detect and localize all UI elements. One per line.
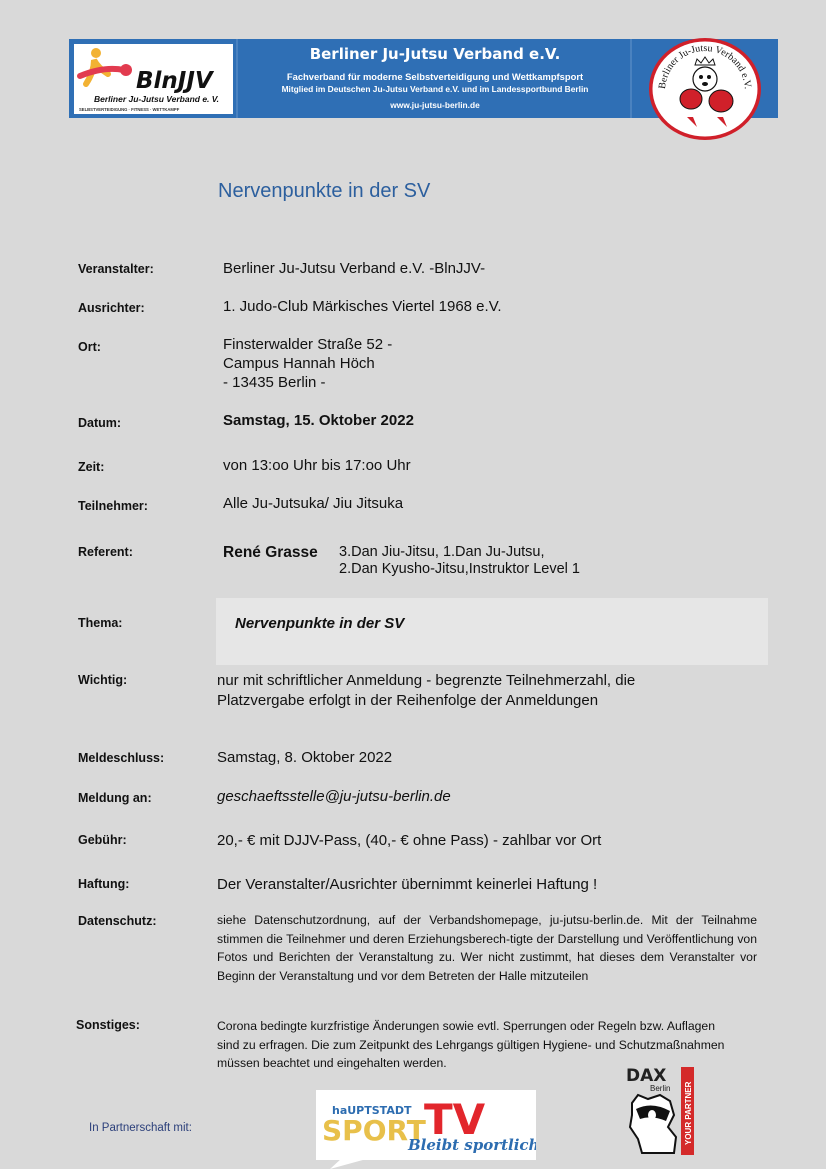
header-divider [630,39,632,118]
label-datenschutz: Datenschutz: [78,914,156,928]
referent-name: René Grasse [223,543,318,562]
bear-badge-logo: Berliner Ju-Jutsu Verband e.V. [647,37,763,141]
label-veranstalter: Veranstalter: [78,262,154,276]
label-wichtig: Wichtig: [78,673,127,687]
value-gebuehr: 20,- € mit DJJV-Pass, (40,- € ohne Pass)… [217,831,601,851]
wichtig-line: Platzvergabe erfolgt in der Reihenfolge … [217,691,635,711]
svg-text:DAX: DAX [626,1066,666,1086]
header-membership: Mitglied im Deutschen Ju-Jutsu Verband e… [240,84,630,94]
header-subtitle: Fachverband für moderne Selbstverteidigu… [240,71,630,82]
svg-text:BlnJJV: BlnJJV [136,68,215,94]
value-teilnehmer: Alle Ju-Jutsuka/ Jiu Jitsuka [223,494,403,513]
referent-line: 2.Dan Kyusho-Jitsu,Instruktor Level 1 [339,561,580,578]
blnjjv-logo: BlnJJV Berliner Ju-Jutsu Verband e. V. S… [74,44,233,114]
header-divider [236,39,238,118]
value-veranstalter: Berliner Ju-Jutsu Verband e.V. -BlnJJV- [223,259,485,278]
label-teilnehmer: Teilnehmer: [78,499,148,513]
header-website-link[interactable]: www.ju-jutsu-berlin.de [240,100,630,110]
page-title: Nervenpunkte in der SV [218,180,430,203]
label-sonstiges: Sonstiges: [76,1018,140,1032]
label-meldeschluss: Meldeschluss: [78,751,164,765]
label-thema: Thema: [78,616,122,630]
email-link[interactable]: geschaeftsstelle@ju-jutsu-berlin.de [217,787,451,807]
svg-text:SELBSTVERTEIDIGUNG · FITNESS ·: SELBSTVERTEIDIGUNG · FITNESS · WETTKAMPF [79,107,180,112]
value-thema: Nervenpunkte in der SV [235,615,404,632]
value-zeit: von 13:oo Uhr bis 17:oo Uhr [223,456,411,475]
value-datum: Samstag, 15. Oktober 2022 [223,411,414,430]
label-haftung: Haftung: [78,877,129,891]
ort-line: - 13435 Berlin - [223,373,392,392]
dax-berlin-logo: DAX Berlin YOUR PARTNER [622,1065,698,1160]
label-ausrichter: Ausrichter: [78,301,145,315]
label-ort: Ort: [78,340,101,354]
sporttv-logo: haUPTSTADT SPORT TV Bleibt sportlich! [316,1090,536,1160]
referent-qualifications: 3.Dan Jiu-Jitsu, 1.Dan Ju-Jutsu, 2.Dan K… [339,544,580,578]
value-meldeschluss: Samstag, 8. Oktober 2022 [217,748,392,768]
value-datenschutz: siehe Datenschutzordnung, auf der Verban… [217,911,757,985]
value-wichtig: nur mit schriftlicher Anmeldung - begren… [217,671,635,711]
speech-bubble-tail [330,1158,370,1169]
svg-text:YOUR PARTNER: YOUR PARTNER [684,1081,693,1145]
value-haftung: Der Veranstalter/Ausrichter übernimmt ke… [217,875,597,895]
svg-text:Bleibt sportlich!: Bleibt sportlich! [407,1136,536,1154]
label-referent: Referent: [78,545,133,559]
svg-text:Berliner Ju-Jutsu Verband e. V: Berliner Ju-Jutsu Verband e. V. [94,94,219,104]
label-meldung-an: Meldung an: [78,791,152,805]
ort-line: Finsterwalder Straße 52 - [223,335,392,354]
label-gebuehr: Gebühr: [78,833,127,847]
ort-line: Campus Hannah Höch [223,354,392,373]
value-ort: Finsterwalder Straße 52 - Campus Hannah … [223,335,392,392]
wichtig-line: nur mit schriftlicher Anmeldung - begren… [217,671,635,691]
header-title: Berliner Ju-Jutsu Verband e.V. [240,45,630,63]
svg-text:Berlin: Berlin [650,1084,670,1093]
label-zeit: Zeit: [78,460,104,474]
referent-line: 3.Dan Jiu-Jitsu, 1.Dan Ju-Jutsu, [339,544,580,561]
label-datum: Datum: [78,416,121,430]
partner-label: In Partnerschaft mit: [89,1122,192,1134]
value-ausrichter: 1. Judo-Club Märkisches Viertel 1968 e.V… [223,297,502,316]
